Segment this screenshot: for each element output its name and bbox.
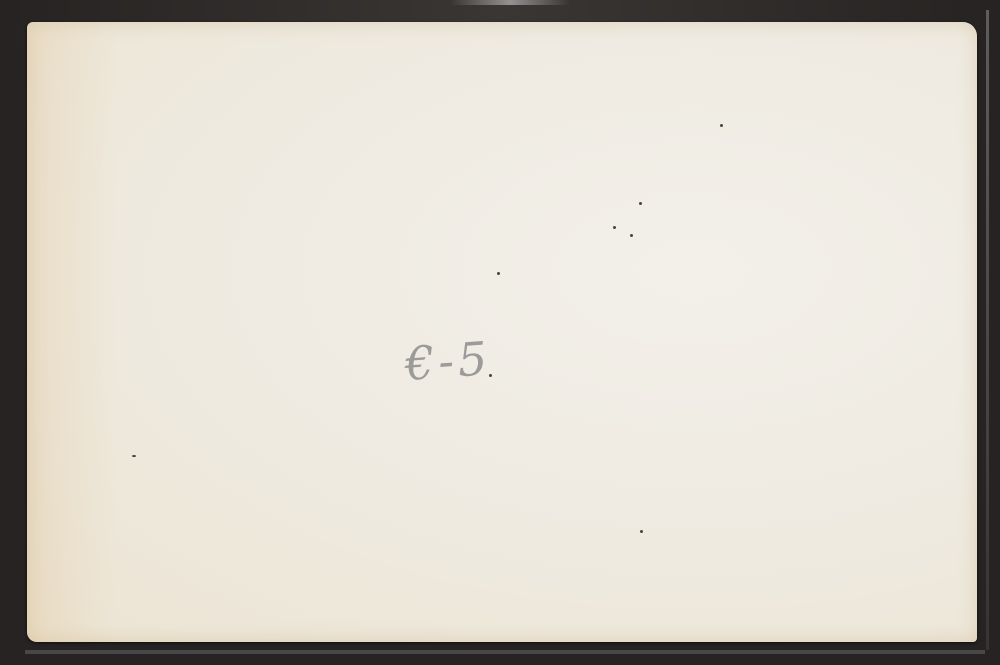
sleeve-edge-bottom [25, 650, 985, 654]
speck [640, 530, 643, 533]
speck [613, 226, 616, 229]
speck [630, 234, 633, 237]
speck [132, 455, 136, 457]
pencil-price-note: €-5 [403, 331, 493, 391]
speck [720, 124, 723, 127]
sleeve-glare [450, 0, 570, 5]
card-aging-tint [27, 22, 117, 642]
speck [497, 272, 500, 275]
card-back: €-5 [27, 22, 977, 642]
speck [489, 374, 492, 377]
speck [639, 202, 642, 205]
sleeve-edge-right [986, 10, 989, 650]
